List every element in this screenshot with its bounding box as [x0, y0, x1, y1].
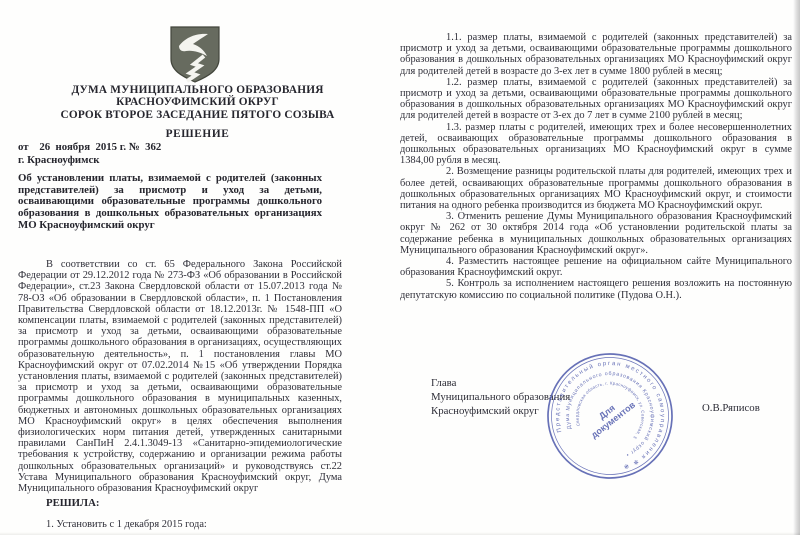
- resolution-paragraph: 3. Отменить решение Думы Муниципального …: [400, 211, 792, 256]
- subject-paragraph: Об установлении платы, взимаемой с родит…: [18, 173, 322, 232]
- preamble-paragraph: В соответствии со ст. 65 Федерального За…: [18, 259, 342, 494]
- resolved-heading: РЕШИЛА:: [46, 497, 100, 509]
- coat-of-arms-icon: [157, 25, 233, 83]
- resolution-paragraph: 1.2. размер платы, взимаемой с родителей…: [400, 77, 792, 122]
- official-stamp: Представительный орган местного самоупра…: [543, 349, 677, 483]
- resolution-paragraph: 1.1. размер платы, взимаемой с родителей…: [400, 32, 792, 77]
- resolution-paragraph: 2. Возмещение разницы родительской платы…: [400, 166, 792, 211]
- resolution-paragraph: 5. Контроль за исполнением настоящего ре…: [400, 278, 792, 300]
- signature-name: О.В.Ряписов: [702, 402, 760, 414]
- date-number-line: от 26 ноября 2015 г. № 362: [18, 141, 161, 153]
- resolution-items: 1.1. размер платы, взимаемой с родителей…: [400, 32, 792, 301]
- resolution-intro: 1. Установить с 1 декабря 2015 года:: [18, 519, 207, 530]
- scanned-document-page: ДУМА МУНИЦИПАЛЬНОГО ОБРАЗОВАНИЯ КРАСНОУФ…: [0, 0, 800, 535]
- city-line: г. Красноуфимск: [18, 154, 100, 166]
- document-type-title: РЕШЕНИЕ: [15, 128, 380, 140]
- organization-name: ДУМА МУНИЦИПАЛЬНОГО ОБРАЗОВАНИЯ КРАСНОУФ…: [15, 84, 380, 121]
- resolution-paragraph: 1.3. размер платы с родителей, имеющих т…: [400, 122, 792, 167]
- scan-edge: [793, 0, 800, 535]
- resolution-paragraph: 4. Разместить настоящее решение на офици…: [400, 256, 792, 278]
- stamp-center-line2: документов: [589, 399, 637, 440]
